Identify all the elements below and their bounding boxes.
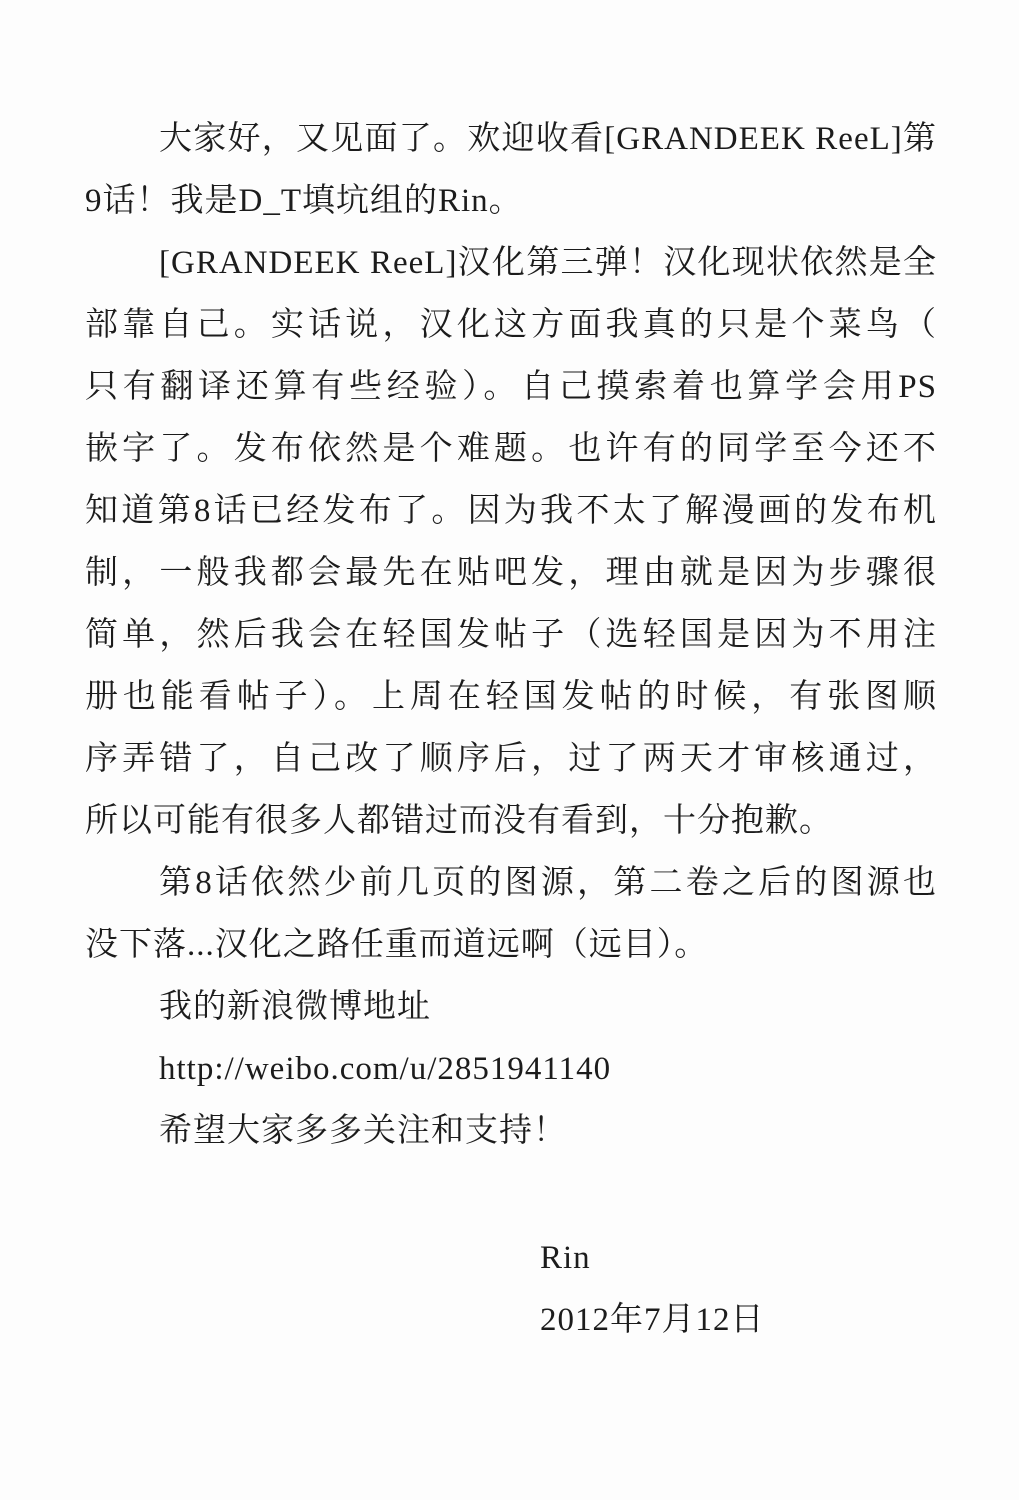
weibo-url: http://weibo.com/u/2851941140 [85, 1038, 937, 1100]
text-line: 没下落...汉化之路任重而道远啊（远目）。 [85, 914, 937, 976]
signature-name: Rin [85, 1227, 937, 1289]
text-line: 所以可能有很多人都错过而没有看到，十分抱歉。 [85, 790, 937, 852]
scanned-afterword-page: 大家好，又见面了。欢迎收看[GRANDEEK ReeL]第 9话！我是D_T填坑… [0, 0, 1019, 1500]
paragraph-release-notes: [GRANDEEK ReeL]汉化第三弹！汉化现状依然是全 部靠自己。实话说，汉… [85, 232, 937, 852]
text-line: 序弄错了，自己改了顺序后，过了两天才审核通过， [85, 728, 937, 790]
text-line: 制，一般我都会最先在贴吧发，理由就是因为步骤很 [85, 542, 937, 604]
text-line: [GRANDEEK ReeL]汉化第三弹！汉化现状依然是全 [85, 232, 937, 294]
text-line: 9话！我是D_T填坑组的Rin。 [85, 170, 937, 232]
text-block: 大家好，又见面了。欢迎收看[GRANDEEK ReeL]第 9话！我是D_T填坑… [85, 108, 937, 1351]
text-line: 册也能看帖子）。上周在轻国发帖的时候，有张图顺 [85, 666, 937, 728]
weibo-label: 我的新浪微博地址 [85, 976, 937, 1038]
support-line: 希望大家多多关注和支持！ [85, 1100, 937, 1162]
paragraph-greeting: 大家好，又见面了。欢迎收看[GRANDEEK ReeL]第 9话！我是D_T填坑… [85, 108, 937, 232]
text-line: 部靠自己。实话说，汉化这方面我真的只是个菜鸟（ [85, 294, 937, 356]
signature-date: 2012年7月12日 [85, 1289, 937, 1351]
text-line: 简单，然后我会在轻国发帖子（选轻国是因为不用注 [85, 604, 937, 666]
paragraph-raws-status: 第8话依然少前几页的图源，第二卷之后的图源也 没下落...汉化之路任重而道远啊（… [85, 852, 937, 976]
text-line: 知道第8话已经发布了。因为我不太了解漫画的发布机 [85, 480, 937, 542]
text-line: 第8话依然少前几页的图源，第二卷之后的图源也 [85, 852, 937, 914]
text-line: 只有翻译还算有些经验）。自己摸索着也算学会用PS [85, 356, 937, 418]
text-line: 嵌字了。发布依然是个难题。也许有的同学至今还不 [85, 418, 937, 480]
text-line: 大家好，又见面了。欢迎收看[GRANDEEK ReeL]第 [85, 108, 937, 170]
signature-spacer [85, 1162, 937, 1227]
